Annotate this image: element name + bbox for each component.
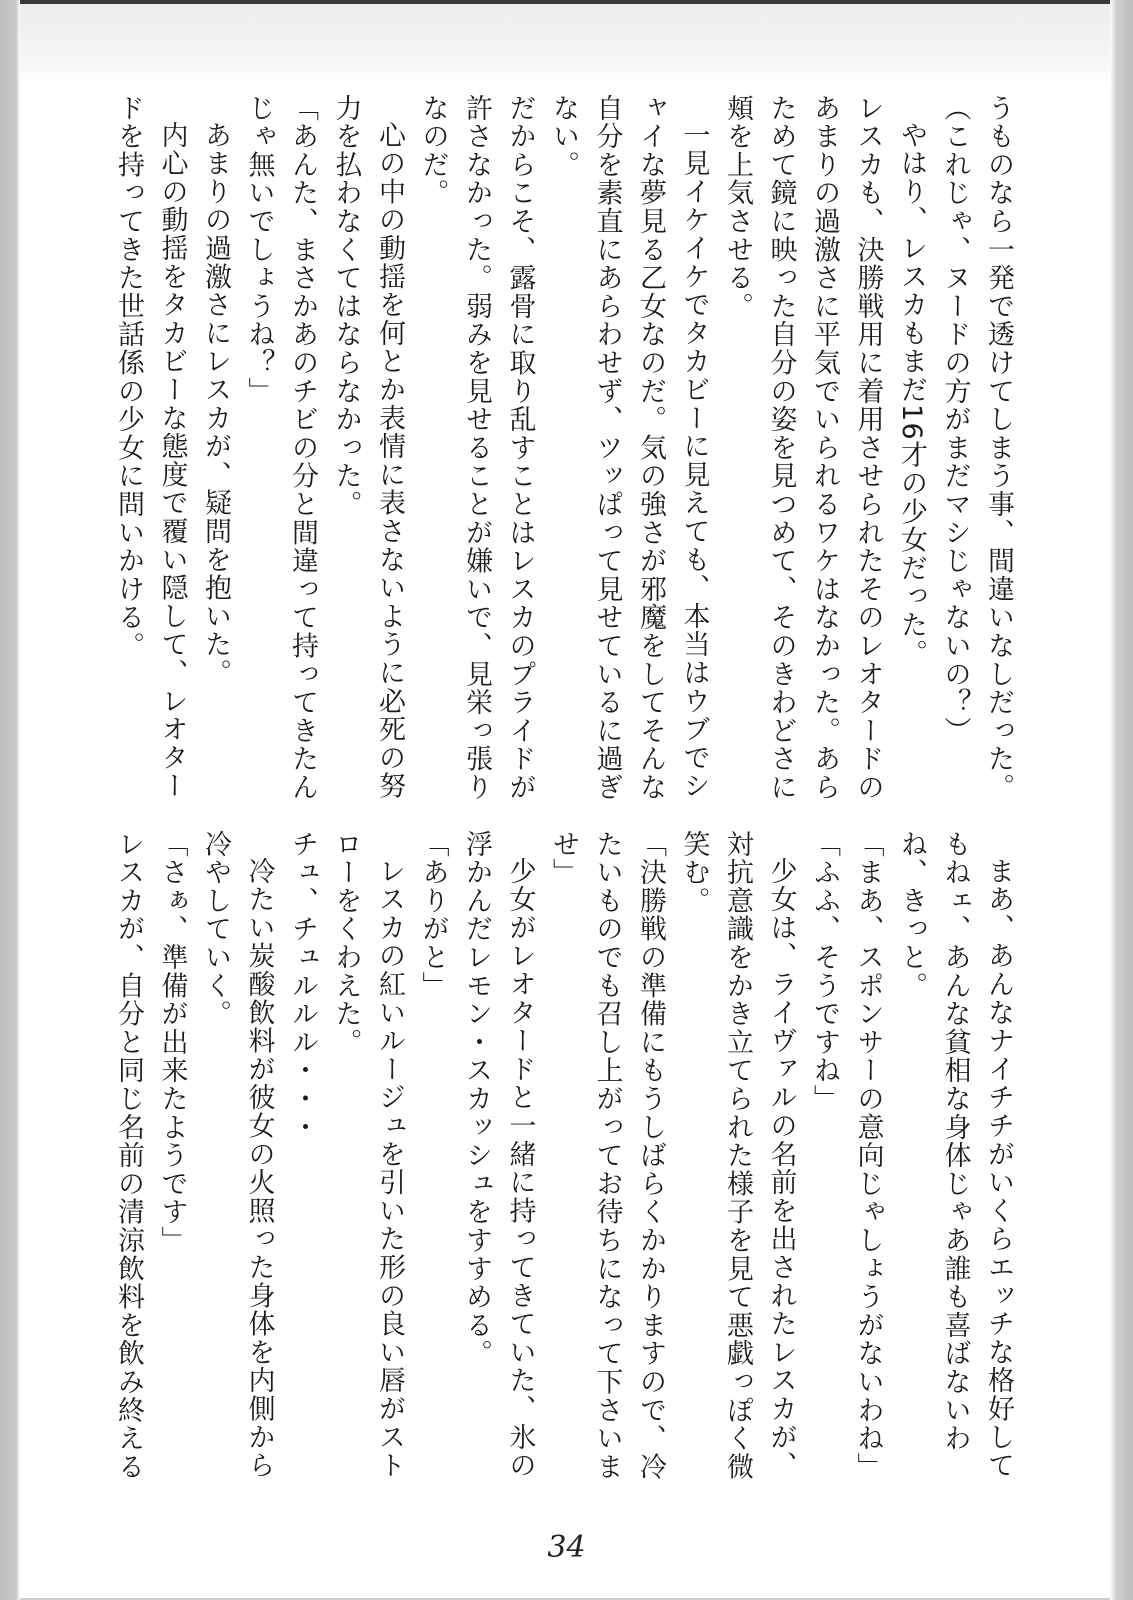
paragraph: 「決勝戦の準備にもうしばらくかかりますので、冷たいものでも召し上がってお待ちにな… <box>542 830 673 1490</box>
paragraph: レスカの紅いルージュを引いた形の良い唇がストローをくわえた。 <box>324 830 411 1490</box>
paragraph: まあ、あんなナイチチがいくらエッチな格好してもねェ、あんな貧相な身体じゃあ誰も喜… <box>890 830 1021 1490</box>
paragraph: チュ、チュルルル・・・ <box>281 830 325 1490</box>
paragraph: 少女は、ライヴァルの名前を出されたレスカが、対抗意識をかき立てられた様子を見て悪… <box>672 830 803 1490</box>
scanned-page: うものなら一発で透けてしまう事、間違いなしだった。 （これじゃ、ヌードの方がまだ… <box>0 0 1133 1600</box>
scan-top-gradient <box>20 4 1110 84</box>
paragraph: 「まあ、スポンサーの意向じゃしょうがないわね」 <box>846 830 890 1490</box>
paragraph: だからこそ、露骨に取り乱すことはレスカのプライドが許さなかった。弱みを見せること… <box>411 94 542 806</box>
lower-text-tier: まあ、あんなナイチチがいくらエッチな格好してもねェ、あんな貧相な身体じゃあ誰も喜… <box>118 830 1020 1490</box>
paragraph: レスカが、自分と同じ名前の清涼飲料を飲み終える頃、決勝戦開始をつげる声がドアの外… <box>118 830 150 1490</box>
paragraph: 内心の動揺をタカビーな態度で覆い隠して、レオタードを持ってきた世話係の少女に問い… <box>118 94 194 806</box>
paragraph: 「ふふ、そうですね」 <box>803 830 847 1490</box>
paragraph: 冷たい炭酸飲料が彼女の火照った身体を内側から冷やしていく。 <box>194 830 281 1490</box>
paragraph: やはり、レスカもまだ16才の少女だった。 <box>890 94 934 806</box>
upper-text-tier: うものなら一発で透けてしまう事、間違いなしだった。 （これじゃ、ヌードの方がまだ… <box>118 94 1020 806</box>
paragraph: うものなら一発で透けてしまう事、間違いなしだった。 <box>977 94 1021 806</box>
paragraph: （これじゃ、ヌードの方がまだマシじゃないの？） <box>933 94 977 806</box>
paragraph: 「あんた、まさかあのチビの分と間違って持ってきたんじゃ無いでしょうね？」 <box>237 94 324 806</box>
paragraph: 一見イケイケでタカビーに見えても、本当はウブでシャイな夢見る乙女なのだ。気の強さ… <box>542 94 716 806</box>
paragraph: あまりの過激さにレスカが、疑問を抱いた。 <box>194 94 238 806</box>
paragraph: 少女がレオタードと一緒に持ってきていた、氷の浮かんだレモン・スカッシュをすすめる… <box>455 830 542 1490</box>
paragraph: 心の中の動揺を何とか表情に表さないように必死の努力を払わなくてはならなかった。 <box>324 94 411 806</box>
paragraph: 「ありがと」 <box>411 830 455 1490</box>
page-number: 34 <box>0 1530 1133 1565</box>
paragraph: 「さぁ、準備が出来たようです」 <box>150 830 194 1490</box>
paragraph: レスカも、決勝戦用に着用させられたそのレオタードのあまりの過激さに平気でいられる… <box>716 94 890 806</box>
